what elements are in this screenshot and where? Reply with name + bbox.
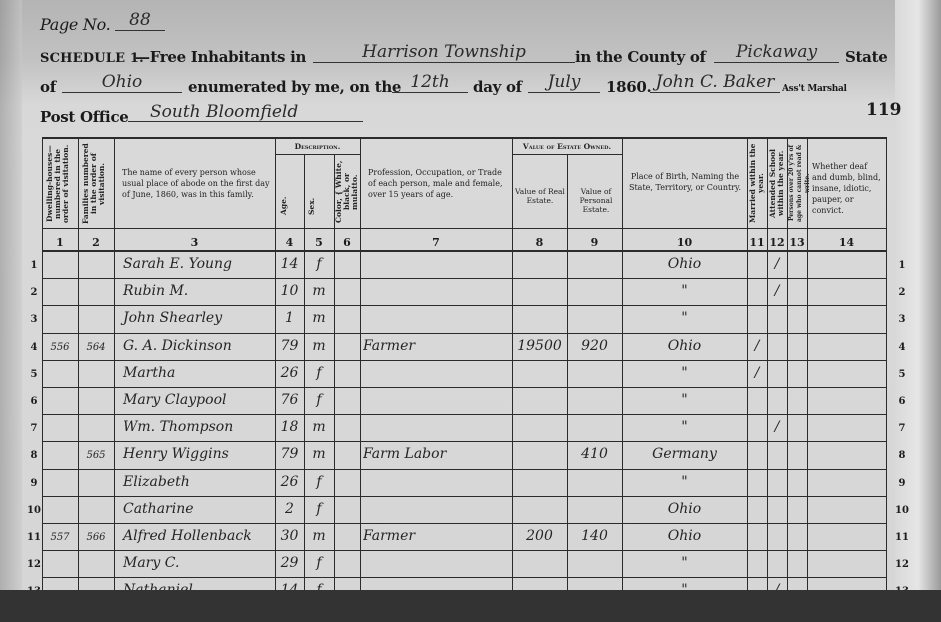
school-cell: / xyxy=(770,256,784,272)
column-number: 13 xyxy=(787,236,807,249)
age-cell: 18 xyxy=(278,419,301,435)
sex-cell: f xyxy=(307,365,331,381)
month-field: July xyxy=(528,72,600,93)
line-number-left: 7 xyxy=(24,423,44,434)
column-number: 7 xyxy=(360,236,512,249)
state-label: State xyxy=(845,48,887,66)
column-number: 11 xyxy=(747,236,767,249)
line-number-right: 7 xyxy=(892,423,912,434)
real-estate-cell: 200 xyxy=(515,528,564,544)
line-number-right: 6 xyxy=(892,396,912,407)
column-number: 1 xyxy=(42,236,78,249)
age-cell: 14 xyxy=(278,256,301,272)
line-number-right: 3 xyxy=(892,314,912,325)
occupation-cell: Farmer xyxy=(363,528,509,544)
name-cell: G. A. Dickinson xyxy=(117,338,278,354)
age-cell: 79 xyxy=(278,338,301,354)
post-office-label: Post Office xyxy=(40,108,129,126)
name-cell: Sarah E. Young xyxy=(117,256,278,272)
col2-header: Families numbered in the order of visita… xyxy=(82,143,112,225)
name-cell: Mary Claypool xyxy=(117,392,278,408)
sex-cell: m xyxy=(307,283,331,299)
page-no-value: 88 xyxy=(115,10,165,31)
occupation-cell: Farmer xyxy=(363,338,509,354)
column-number: 3 xyxy=(114,236,275,249)
sex-cell: m xyxy=(307,310,331,326)
col11-header: Married within the year. xyxy=(749,141,765,225)
line-number-right: 5 xyxy=(892,369,912,380)
married-cell: / xyxy=(750,365,764,381)
birthplace-cell: " xyxy=(625,392,744,408)
line-number-left: 9 xyxy=(24,478,44,489)
col14-header: Whether deaf and dumb, blind, insane, id… xyxy=(812,161,884,216)
married-cell: / xyxy=(750,338,764,354)
table-row: Rubin M.10m"/ xyxy=(42,279,886,306)
column-number: 6 xyxy=(334,236,360,249)
column-number: 2 xyxy=(78,236,114,249)
name-cell: Wm. Thompson xyxy=(117,419,278,435)
personal-estate-cell: 410 xyxy=(570,446,619,462)
column-number: 9 xyxy=(567,236,622,249)
table-row: Mary Claypool76f" xyxy=(42,388,886,415)
column-number: 5 xyxy=(304,236,334,249)
table-row: Wm. Thompson18m"/ xyxy=(42,415,886,442)
family-number-cell: 566 xyxy=(81,532,111,543)
dwelling-number-cell: 557 xyxy=(45,532,75,543)
birthplace-cell: Ohio xyxy=(625,256,744,272)
enumerated-label: enumerated by me, on the xyxy=(188,78,401,96)
census-table: Description. Value of Estate Owned. Dwel… xyxy=(42,137,886,607)
line-number-left: 6 xyxy=(24,396,44,407)
personal-estate-cell: 140 xyxy=(570,528,619,544)
schedule-label: SCHEDULE 1. xyxy=(40,48,144,66)
name-cell: Mary C. xyxy=(117,555,278,571)
line-number-right: 4 xyxy=(892,342,912,353)
day-of-label: day of xyxy=(473,78,522,96)
table-row: Mary C.29f" xyxy=(42,551,886,578)
birthplace-cell: Ohio xyxy=(625,338,744,354)
column-number: 12 xyxy=(767,236,787,249)
line-number-right: 9 xyxy=(892,478,912,489)
description-group-header: Description. xyxy=(275,142,360,151)
table-top-border xyxy=(42,137,886,139)
column-number: 14 xyxy=(807,236,886,249)
page-no-label: Page No. xyxy=(40,15,110,34)
line-number-left: 4 xyxy=(24,342,44,353)
sex-cell: f xyxy=(307,555,331,571)
col7-header: Profession, Occupation, or Trade of each… xyxy=(368,167,510,200)
birthplace-cell: " xyxy=(625,419,744,435)
line-number-left: 2 xyxy=(24,287,44,298)
table-row: 565Henry Wiggins79mFarm Labor410Germany xyxy=(42,442,886,469)
birthplace-cell: Germany xyxy=(625,446,744,462)
age-cell: 79 xyxy=(278,446,301,462)
age-cell: 10 xyxy=(278,283,301,299)
birthplace-cell: " xyxy=(625,283,744,299)
age-cell: 30 xyxy=(278,528,301,544)
school-cell: / xyxy=(770,283,784,299)
dwelling-number-cell: 556 xyxy=(45,342,75,353)
line-number-right: 8 xyxy=(892,450,912,461)
county-field: Pickaway xyxy=(714,42,839,63)
birthplace-cell: Ohio xyxy=(625,501,744,517)
col6-header: Color, { White, black, or mulatto. xyxy=(335,159,359,225)
birthplace-cell: " xyxy=(625,310,744,326)
col4-header: Age. xyxy=(280,187,298,225)
sex-cell: f xyxy=(307,392,331,408)
table-row: Martha26f"/ xyxy=(42,361,886,388)
col5-header: Sex. xyxy=(308,187,326,225)
name-cell: Elizabeth xyxy=(117,474,278,490)
age-cell: 26 xyxy=(278,474,301,490)
family-number-cell: 564 xyxy=(81,342,111,353)
name-cell: Alfred Hollenback xyxy=(117,528,278,544)
table-row: Catharine2fOhio xyxy=(42,497,886,524)
col3-header: The name of every person whose usual pla… xyxy=(122,167,274,200)
estate-group-header: Value of Estate Owned. xyxy=(512,142,622,151)
census-page: Page No. 88 SCHEDULE 1. —Free Inhabitant… xyxy=(0,0,941,604)
county-label: in the County of xyxy=(575,48,706,66)
line-number-left: 8 xyxy=(24,450,44,461)
column-number: 10 xyxy=(622,236,747,249)
table-row: Sarah E. Young14fOhio/ xyxy=(42,252,886,279)
birthplace-cell: " xyxy=(625,365,744,381)
birthplace-cell: " xyxy=(625,555,744,571)
sex-cell: f xyxy=(307,256,331,272)
col8-header: Value of Real Estate. xyxy=(514,187,566,205)
township-field: Harrison Township xyxy=(313,42,575,63)
name-cell: Martha xyxy=(117,365,278,381)
age-cell: 76 xyxy=(278,392,301,408)
age-cell: 2 xyxy=(278,501,301,517)
line-number-left: 1 xyxy=(24,260,44,271)
column-divider xyxy=(886,137,887,607)
schedule-title: —Free Inhabitants in xyxy=(135,48,306,66)
real-estate-cell: 19500 xyxy=(515,338,564,354)
marshal-label: Ass't Marshal xyxy=(782,84,847,94)
sex-cell: f xyxy=(307,474,331,490)
sex-cell: m xyxy=(307,528,331,544)
birthplace-cell: Ohio xyxy=(625,528,744,544)
line-number-right: 11 xyxy=(892,532,912,543)
scan-bottom-edge xyxy=(0,590,941,622)
line-number-left: 10 xyxy=(24,505,44,516)
col9-header: Value of Personal Estate. xyxy=(570,187,622,214)
page-number: 119 xyxy=(866,100,902,120)
family-number-cell: 565 xyxy=(81,450,111,461)
line-number-right: 10 xyxy=(892,505,912,516)
line-number-right: 1 xyxy=(892,260,912,271)
post-office-field: South Bloomfield xyxy=(128,102,363,122)
table-row: 556564G. A. Dickinson79mFarmer19500920Oh… xyxy=(42,334,886,361)
table-row: 557566Alfred Hollenback30mFarmer200140Oh… xyxy=(42,524,886,551)
age-cell: 29 xyxy=(278,555,301,571)
header-bottom-line xyxy=(42,228,886,229)
line-number-right: 2 xyxy=(892,287,912,298)
personal-estate-cell: 920 xyxy=(570,338,619,354)
column-number: 4 xyxy=(275,236,304,249)
sex-cell: f xyxy=(307,501,331,517)
age-cell: 26 xyxy=(278,365,301,381)
name-cell: Henry Wiggins xyxy=(117,446,278,462)
page-edge-shadow xyxy=(0,0,22,604)
line-number-right: 12 xyxy=(892,559,912,570)
description-group-line xyxy=(275,154,360,155)
birthplace-cell: " xyxy=(625,474,744,490)
of-label: of xyxy=(40,78,56,96)
table-row: Elizabeth26f" xyxy=(42,470,886,497)
sex-cell: m xyxy=(307,446,331,462)
school-cell: / xyxy=(770,419,784,435)
age-cell: 1 xyxy=(278,310,301,326)
year-label: 1860. xyxy=(606,78,651,96)
line-number-left: 11 xyxy=(24,532,44,543)
name-cell: Catharine xyxy=(117,501,278,517)
occupation-cell: Farm Labor xyxy=(363,446,509,462)
name-cell: Rubin M. xyxy=(117,283,278,299)
line-number-left: 5 xyxy=(24,369,44,380)
col10-header: Place of Birth, Naming the State, Territ… xyxy=(626,171,744,193)
day-field: 12th xyxy=(392,72,468,93)
col12-header: Attended School within the year. xyxy=(769,141,785,225)
column-number: 8 xyxy=(512,236,567,249)
state-field: Ohio xyxy=(62,72,182,93)
line-number-left: 12 xyxy=(24,559,44,570)
col1-header: Dwelling-houses—numbered in the order of… xyxy=(46,143,76,225)
marshal-field: John C. Baker xyxy=(650,72,780,93)
line-number-left: 3 xyxy=(24,314,44,325)
name-cell: John Shearley xyxy=(117,310,278,326)
table-row: John Shearley1m" xyxy=(42,306,886,333)
sex-cell: m xyxy=(307,338,331,354)
sex-cell: m xyxy=(307,419,331,435)
col13-header: Persons over 20 y'rs of age who cannot r… xyxy=(788,141,804,225)
